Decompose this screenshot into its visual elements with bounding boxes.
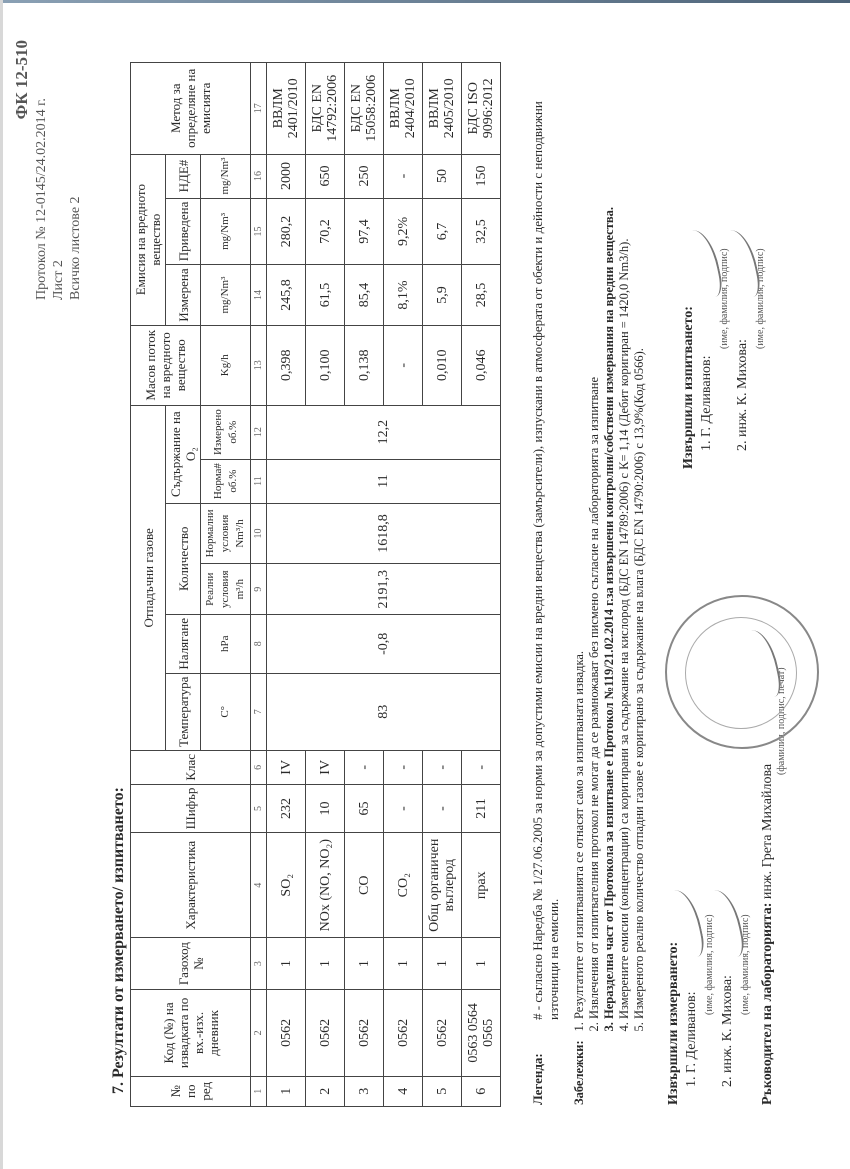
cell-code: 0562 — [423, 990, 462, 1076]
unit-nde: mg/Nm³ — [201, 154, 251, 198]
cell-no: 6 — [462, 1076, 501, 1106]
cell-duct: 1 — [267, 938, 306, 990]
total-sheets: Всичко листове 2 — [67, 40, 84, 300]
th-normal-label: Нормални условия — [203, 507, 233, 561]
cell-no: 1 — [267, 1076, 306, 1106]
cell-duct: 1 — [462, 938, 501, 990]
cell-characteristic: CO₂ — [384, 833, 423, 938]
th-characteristic: Характеристика — [131, 833, 251, 938]
cell-measured-emission: 61,5 — [306, 265, 345, 325]
note-item: Извлечения от изпитвателния протокол не … — [587, 29, 602, 1019]
column-number: 8 — [251, 615, 267, 674]
column-number: 14 — [251, 265, 267, 325]
notes-list: Резултатите от изпитванията се отнасят с… — [572, 29, 647, 1035]
th-real-label: Реални условия — [203, 567, 233, 611]
cell-reduced-emission: 9,2% — [384, 198, 423, 265]
unit-measured: об.% — [226, 409, 241, 456]
protocol-page: ФК 12-510 Протокол № 12-0145/24.02.2014 … — [0, 0, 850, 1169]
cell-mass-flow: - — [384, 325, 423, 405]
cell-class: IV — [267, 750, 306, 784]
lab-stamp-icon — [665, 595, 819, 749]
cell-code: 0562 — [345, 990, 384, 1076]
column-numbers-row: 1234567891011121314151617 — [251, 63, 267, 1107]
cell-nde: 650 — [306, 154, 345, 198]
column-number: 2 — [251, 990, 267, 1076]
section-title: 7. Резултати от измерването/ изпитването… — [110, 787, 128, 1094]
cell-mass-flow: 0,138 — [345, 325, 384, 405]
cell-o2-measured: 12,2 — [267, 405, 501, 459]
cell-real-flow: 2191,3 — [267, 564, 501, 615]
protocol-header: Протокол № 12-0145/24.02.2014 г. Лист 2 … — [33, 40, 84, 300]
column-number: 5 — [251, 784, 267, 833]
cell-measured-emission: 85,4 — [345, 265, 384, 325]
cell-mass-flow: 0,010 — [423, 325, 462, 405]
cell-characteristic: Общ органичен въглерод — [423, 833, 462, 938]
th-exhaust-gases: Отпадъчни газове — [131, 405, 166, 750]
legend-text: # - съгласно Наредба № 1/27.06.2005 за н… — [530, 80, 562, 1020]
cell-nde: 2000 — [267, 154, 306, 198]
th-cipher: Шифър — [131, 784, 251, 833]
unit-mass-flow: Kg/h — [201, 325, 251, 405]
results-table: № по ред Код (№) на извадката по вх.-изх… — [130, 62, 501, 1107]
cell-cipher: - — [423, 784, 462, 833]
th-measured-label: Измерено — [211, 409, 226, 456]
cell-reduced-emission: 6,7 — [423, 198, 462, 265]
cell-method: БДС ISO 9096:2012 — [462, 63, 501, 155]
th-emission: Емисия на вредното вещество — [131, 154, 166, 325]
column-number: 11 — [251, 459, 267, 503]
cell-nde: - — [384, 154, 423, 198]
cell-normal-flow: 1618,8 — [267, 503, 501, 564]
column-number: 13 — [251, 325, 267, 405]
cell-measured-emission: 245,8 — [267, 265, 306, 325]
cell-duct: 1 — [345, 938, 384, 990]
unit-norm: об.% — [226, 463, 241, 500]
cell-o2-norm: 11 — [267, 459, 501, 503]
cell-method: ВВЛМ 2404/2010 — [384, 63, 423, 155]
cell-class: - — [462, 750, 501, 784]
cell-reduced-emission: 32,5 — [462, 198, 501, 265]
unit-measured-em: mg/Nm³ — [201, 265, 251, 325]
note-item: Измереното реално количество отпадни газ… — [632, 29, 647, 1019]
th-quantity: Количество — [166, 503, 201, 614]
cell-temperature: 83 — [267, 673, 501, 750]
notes-label: Забележки: — [572, 1040, 587, 1105]
note-item: Резултатите от изпитванията се отнасят с… — [572, 29, 587, 1019]
cell-code: 0563 0564 0565 — [462, 990, 501, 1076]
cell-code: 0562 — [306, 990, 345, 1076]
unit-reduced: mg/Nm³ — [201, 198, 251, 265]
cell-cipher: - — [384, 784, 423, 833]
column-number: 3 — [251, 938, 267, 990]
th-nde: НДЕ# — [166, 154, 201, 198]
cell-duct: 1 — [306, 938, 345, 990]
cell-class: - — [423, 750, 462, 784]
column-number: 6 — [251, 750, 267, 784]
th-o2: Съдържание на O₂ — [166, 405, 201, 503]
cell-mass-flow: 0,100 — [306, 325, 345, 405]
th-class: Клас — [131, 750, 251, 784]
column-number: 17 — [251, 63, 267, 155]
th-norm-label: Норма# — [211, 463, 226, 500]
cell-method: БДС EN 15058:2006 — [345, 63, 384, 155]
column-number: 4 — [251, 833, 267, 938]
cell-characteristic: прах — [462, 833, 501, 938]
cell-measured-emission: 28,5 — [462, 265, 501, 325]
cell-no: 3 — [345, 1076, 384, 1106]
cell-reduced-emission: 97,4 — [345, 198, 384, 265]
cell-no: 5 — [423, 1076, 462, 1106]
th-norm: Норма#об.% — [201, 459, 251, 503]
cell-code: 0562 — [267, 990, 306, 1076]
cell-measured-emission: 8,1% — [384, 265, 423, 325]
cell-cipher: 211 — [462, 784, 501, 833]
unit-real: m³/h — [233, 567, 248, 611]
cell-cipher: 232 — [267, 784, 306, 833]
cell-measured-emission: 5,9 — [423, 265, 462, 325]
form-code: ФК 12-510 — [12, 40, 32, 119]
th-temperature: Температура — [166, 673, 201, 750]
column-number: 1 — [251, 1076, 267, 1106]
column-number: 9 — [251, 564, 267, 615]
sheet-number: Лист 2 — [50, 40, 67, 300]
cell-duct: 1 — [384, 938, 423, 990]
th-measured-em: Измерена — [166, 265, 201, 325]
cell-method: ВВЛМ 2401/2010 — [267, 63, 306, 155]
cell-nde: 150 — [462, 154, 501, 198]
cell-cipher: 10 — [306, 784, 345, 833]
th-real: Реални условияm³/h — [201, 564, 251, 615]
cell-characteristic: SO₂ — [267, 833, 306, 938]
cell-class: - — [345, 750, 384, 784]
th-no: № по ред — [131, 1076, 251, 1106]
cell-mass-flow: 0,398 — [267, 325, 306, 405]
note-item: Измерените емисии (концентрации) са кори… — [617, 29, 632, 1019]
cell-method: ВВЛМ 2405/2010 — [423, 63, 462, 155]
th-pressure: Налягане — [166, 615, 201, 674]
th-measured: Измеренооб.% — [201, 405, 251, 459]
column-number: 16 — [251, 154, 267, 198]
cell-characteristic: CO — [345, 833, 384, 938]
unit-temperature: C° — [201, 673, 251, 750]
lab-head-name: инж. Грета Михайлова — [760, 764, 775, 899]
cell-reduced-emission: 70,2 — [306, 198, 345, 265]
column-number: 10 — [251, 503, 267, 564]
cell-reduced-emission: 280,2 — [267, 198, 306, 265]
cell-nde: 250 — [345, 154, 384, 198]
column-number: 7 — [251, 673, 267, 750]
protocol-number: Протокол № 12-0145/24.02.2014 г. — [33, 40, 50, 300]
cell-duct: 1 — [423, 938, 462, 990]
th-code: Код (№) на извадката по вх.-изх. дневник — [131, 990, 251, 1076]
cell-method: БДС EN 14792:2006 — [306, 63, 345, 155]
cell-nde: 50 — [423, 154, 462, 198]
cell-no: 2 — [306, 1076, 345, 1106]
legend-label: Легенда: — [530, 1053, 546, 1105]
column-number: 15 — [251, 198, 267, 265]
unit-normal: Nm³/h — [233, 507, 248, 561]
table-row: 105621SO₂232IV83-0,82191,31618,81112,20,… — [267, 63, 306, 1107]
lab-head-label: Ръководител на лабораторията: — [760, 903, 775, 1105]
th-mass-flow: Масов поток на вредното вещество — [131, 325, 201, 405]
th-normal: Нормални условияNm³/h — [201, 503, 251, 564]
cell-class: - — [384, 750, 423, 784]
cell-no: 4 — [384, 1076, 423, 1106]
cell-code: 0562 — [384, 990, 423, 1076]
cell-class: IV — [306, 750, 345, 784]
cell-pressure: -0,8 — [267, 615, 501, 674]
th-method: Метод за определяне на емисията — [131, 63, 251, 155]
cell-mass-flow: 0,046 — [462, 325, 501, 405]
th-duct: Газоход № — [131, 938, 251, 990]
cell-cipher: 65 — [345, 784, 384, 833]
cell-characteristic: NOx (NO, NO₂) — [306, 833, 345, 938]
th-reduced: Приведена — [166, 198, 201, 265]
note-item: Неразделна част от Протокола за изпитван… — [602, 29, 617, 1019]
column-number: 12 — [251, 405, 267, 459]
unit-pressure: hPa — [201, 615, 251, 674]
